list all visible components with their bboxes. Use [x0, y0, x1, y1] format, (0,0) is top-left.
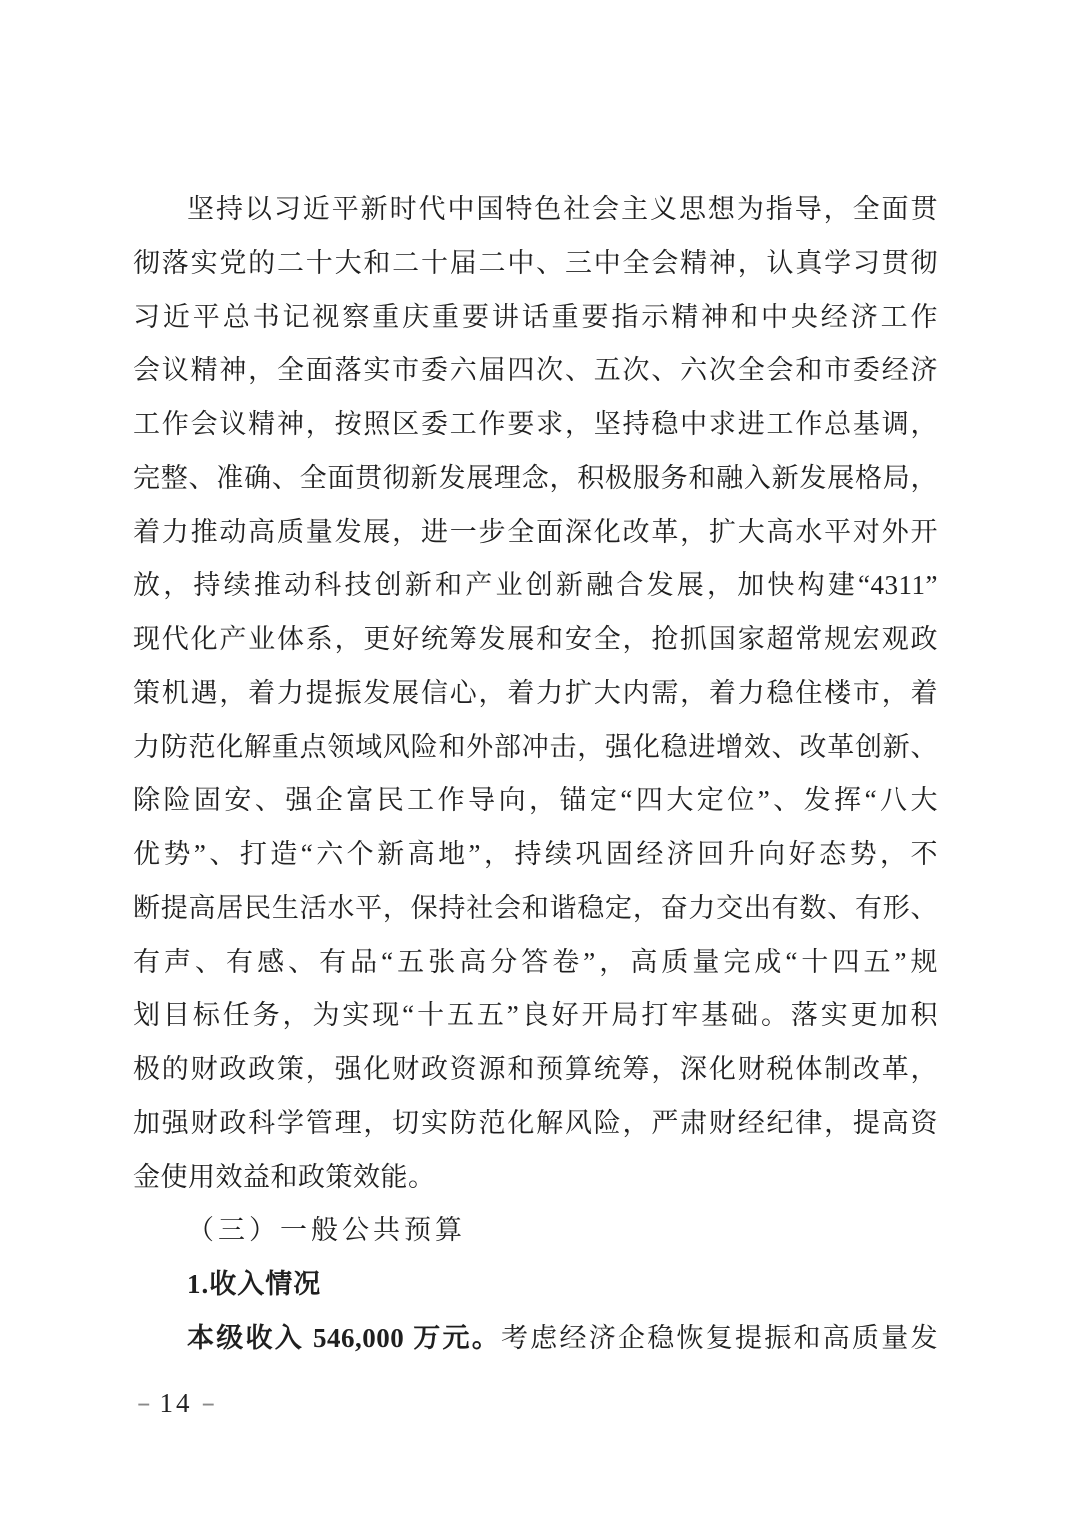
paragraph-line: 金使用效益和政策效能。: [133, 1151, 938, 1205]
document-page: 坚持以习近平新时代中国特色社会主义思想为指导，全面贯 彻落实党的二十大和二十届二…: [0, 0, 1074, 1520]
paragraph-line: 本级收入 546,000 万元。考虑经济企稳恢复提振和高质量发: [133, 1312, 938, 1366]
body-text: 坚持以习近平新时代中国特色社会主义思想为指导，全面贯 彻落实党的二十大和二十届二…: [133, 183, 938, 1366]
revenue-amount-text: 本级收入 546,000 万元。: [187, 1323, 501, 1353]
paragraph-line: 彻落实党的二十大和二十届二中、三中全会精神，认真学习贯彻: [133, 237, 938, 291]
page-number: –14–: [128, 1388, 224, 1419]
paragraph-line: 工作会议精神，按照区委工作要求，坚持稳中求进工作总基调，: [133, 398, 938, 452]
paragraph-line: 坚持以习近平新时代中国特色社会主义思想为指导，全面贯: [133, 183, 938, 237]
section-heading: （三）一般公共预算: [133, 1204, 938, 1258]
paragraph-line: 策机遇，着力提振发展信心，着力扩大内需，着力稳住楼市，着: [133, 667, 938, 721]
subsection-heading: 1.收入情况: [133, 1258, 938, 1312]
paragraph-line: 放，持续推动科技创新和产业创新融合发展，加快构建“4311”: [133, 559, 938, 613]
paragraph-line: 完整、准确、全面贯彻新发展理念，积极服务和融入新发展格局，: [133, 452, 938, 506]
paragraph-line: 极的财政政策，强化财政资源和预算统筹，深化财税体制改革，: [133, 1043, 938, 1097]
paragraph-line: 除险固安、强企富民工作导向，锚定“四大定位”、发挥“八大: [133, 774, 938, 828]
page-number-right-dash: –: [193, 1388, 225, 1419]
page-number-value: 14: [160, 1388, 193, 1418]
paragraph-line: 习近平总书记视察重庆重要讲话重要指示精神和中央经济工作: [133, 291, 938, 345]
paragraph-line: 现代化产业体系，更好统筹发展和安全，抢抓国家超常规宏观政: [133, 613, 938, 667]
paragraph-line: 会议精神，全面落实市委六届四次、五次、六次全会和市委经济: [133, 344, 938, 398]
paragraph-line: 力防范化解重点领域风险和外部冲击，强化稳进增效、改革创新、: [133, 721, 938, 775]
paragraph-line: 划目标任务，为实现“十五五”良好开局打牢基础。落实更加积: [133, 989, 938, 1043]
page-number-left-dash: –: [128, 1388, 160, 1419]
paragraph-line: 断提高居民生活水平，保持社会和谐稳定，奋力交出有数、有形、: [133, 882, 938, 936]
paragraph-line: 加强财政科学管理，切实防范化解风险，严肃财经纪律，提高资: [133, 1097, 938, 1151]
paragraph-line: 有声、有感、有品“五张高分答卷”，高质量完成“十四五”规: [133, 936, 938, 990]
paragraph-text: 考虑经济企稳恢复提振和高质量发: [501, 1323, 938, 1353]
paragraph-line: 优势”、打造“六个新高地”，持续巩固经济回升向好态势，不: [133, 828, 938, 882]
paragraph-line: 着力推动高质量发展，进一步全面深化改革，扩大高水平对外开: [133, 506, 938, 560]
